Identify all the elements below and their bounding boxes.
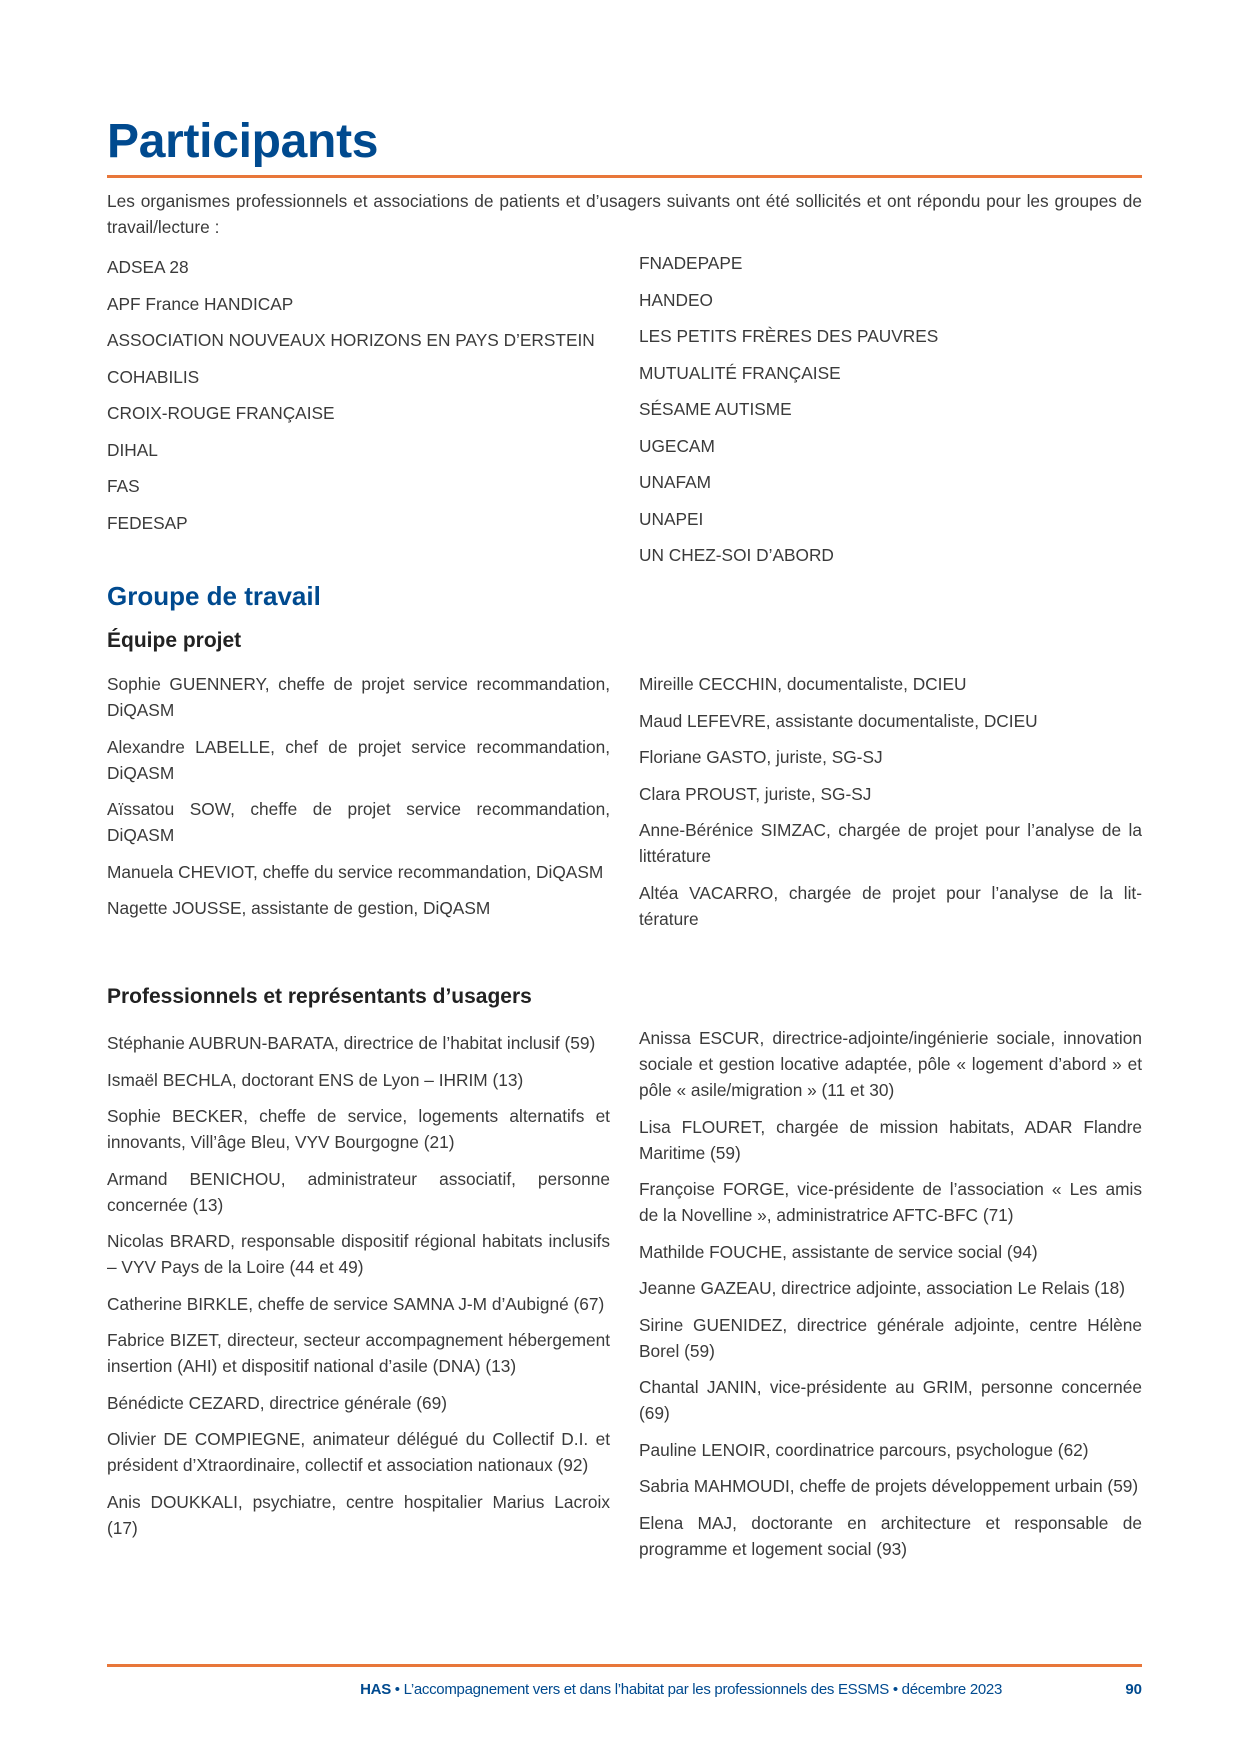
page-number: 90 bbox=[1125, 1681, 1142, 1698]
organisation-item: FAS bbox=[107, 473, 610, 499]
participant-item: Pauline LENOIR, coordinatrice parcours, … bbox=[639, 1437, 1142, 1463]
participant-item: Bénédicte CEZARD, directrice générale (6… bbox=[107, 1390, 610, 1416]
participant-item: Sirine GUENIDEZ, directrice générale adj… bbox=[639, 1312, 1142, 1364]
participant-item: Françoise FORGE, vice-présidente de l’as… bbox=[639, 1176, 1142, 1228]
organisation-item: APF France HANDICAP bbox=[107, 291, 610, 317]
participant-item: Sophie GUENNERY, cheffe de projet servic… bbox=[107, 671, 610, 723]
organisation-item: UN CHEZ-SOI D’ABORD bbox=[639, 542, 1142, 568]
participant-item: Mireille CECCHIN, documentaliste, DCIEU bbox=[639, 671, 1142, 697]
participant-item: Anissa ESCUR, directrice-adjointe/ingéni… bbox=[639, 1025, 1142, 1103]
participant-item: Clara PROUST, juriste, SG-SJ bbox=[639, 781, 1142, 807]
footer-doc-title: L’accompagnement vers et dans l’habitat … bbox=[404, 1681, 889, 1698]
footer-divider bbox=[107, 1664, 1142, 1667]
footer-text: HAS • L’accompagnement vers et dans l’ha… bbox=[360, 1681, 1002, 1698]
organisation-item: LES PETITS FRÈRES DES PAUVRES bbox=[639, 323, 1142, 349]
organisations-list-right: FNADEPAPEHANDEOLES PETITS FRÈRES DES PAU… bbox=[639, 250, 1142, 579]
organisation-item: UNAPEI bbox=[639, 506, 1142, 532]
participant-item: Ismaël BECHLA, doctorant ENS de Lyon – I… bbox=[107, 1067, 610, 1093]
participant-item: Nagette JOUSSE, assistante de gestion, D… bbox=[107, 895, 610, 921]
organisation-item: MUTUALITÉ FRANÇAISE bbox=[639, 360, 1142, 386]
organisation-item: DIHAL bbox=[107, 437, 610, 463]
participant-item: Aïssatou SOW, cheffe de projet service r… bbox=[107, 796, 610, 848]
footer-separator: • bbox=[391, 1681, 404, 1698]
participant-item: Mathilde FOUCHE, assistante de service s… bbox=[639, 1239, 1142, 1265]
equipe-projet-list-right: Mireille CECCHIN, documentaliste, DCIEUM… bbox=[639, 671, 1142, 942]
organisation-item: UNAFAM bbox=[639, 469, 1142, 495]
organisations-list-left: ADSEA 28APF France HANDICAPASSOCIATION N… bbox=[107, 254, 610, 546]
equipe-projet-list-left: Sophie GUENNERY, cheffe de projet servic… bbox=[107, 671, 610, 932]
participant-item: Elena MAJ, doctorante en architecture et… bbox=[639, 1510, 1142, 1562]
organisation-item: HANDEO bbox=[639, 287, 1142, 313]
organisation-item: ADSEA 28 bbox=[107, 254, 610, 280]
organisation-item: UGECAM bbox=[639, 433, 1142, 459]
organisation-item: SÉSAME AUTISME bbox=[639, 396, 1142, 422]
participant-item: Nicolas BRARD, responsable dispositif ré… bbox=[107, 1228, 610, 1280]
participant-item: Stéphanie AUBRUN-BARATA, directrice de l… bbox=[107, 1030, 610, 1056]
organisation-item: ASSOCIATION NOUVEAUX HORIZONS EN PAYS D’… bbox=[107, 327, 610, 353]
professionnels-list-left: Stéphanie AUBRUN-BARATA, directrice de l… bbox=[107, 1030, 610, 1551]
participant-item: Jeanne GAZEAU, directrice adjointe, asso… bbox=[639, 1275, 1142, 1301]
organisation-item: COHABILIS bbox=[107, 364, 610, 390]
organisation-item: FEDESAP bbox=[107, 510, 610, 536]
participant-item: Altéa VACARRO, chargée de projet pour l’… bbox=[639, 880, 1142, 932]
subsection-heading-professionnels: Professionnels et représentants d’usager… bbox=[107, 986, 532, 1007]
participant-item: Anne-Bérénice SIMZAC, chargée de projet … bbox=[639, 817, 1142, 869]
participant-item: Sabria MAHMOUDI, cheffe de projets dével… bbox=[639, 1473, 1142, 1499]
organisation-item: CROIX-ROUGE FRANÇAISE bbox=[107, 400, 610, 426]
participant-item: Chantal JANIN, vice-présidente au GRIM, … bbox=[639, 1374, 1142, 1426]
participant-item: Armand BENICHOU, administrateur associat… bbox=[107, 1166, 610, 1218]
participant-item: Sophie BECKER, cheffe de service, logeme… bbox=[107, 1103, 610, 1155]
footer-date: décembre 2023 bbox=[902, 1681, 1002, 1698]
participant-item: Lisa FLOURET, chargée de mission habitat… bbox=[639, 1114, 1142, 1166]
participant-item: Floriane GASTO, juriste, SG-SJ bbox=[639, 744, 1142, 770]
subsection-heading-equipe-projet: Équipe projet bbox=[107, 630, 241, 651]
section-heading-groupe-de-travail: Groupe de travail bbox=[107, 583, 321, 609]
title-divider bbox=[107, 175, 1142, 178]
participant-item: Catherine BIRKLE, cheffe de service SAMN… bbox=[107, 1291, 610, 1317]
participant-item: Manuela CHEVIOT, cheffe du service recom… bbox=[107, 859, 610, 885]
participant-item: Olivier DE COMPIEGNE, animateur délégué … bbox=[107, 1426, 610, 1478]
footer-org: HAS bbox=[360, 1681, 391, 1698]
intro-paragraph: Les organismes professionnels et associa… bbox=[107, 188, 1142, 240]
participant-item: Anis DOUKKALI, psychiatre, centre hospit… bbox=[107, 1489, 610, 1541]
participant-item: Maud LEFEVRE, assistante documentaliste,… bbox=[639, 708, 1142, 734]
footer-separator: • bbox=[889, 1681, 902, 1698]
professionnels-list-right: Anissa ESCUR, directrice-adjointe/ingéni… bbox=[639, 1025, 1142, 1572]
organisation-item: FNADEPAPE bbox=[639, 250, 1142, 276]
page-title: Participants bbox=[107, 118, 378, 166]
participant-item: Alexandre LABELLE, chef de projet servic… bbox=[107, 734, 610, 786]
participant-item: Fabrice BIZET, directeur, secteur accomp… bbox=[107, 1327, 610, 1379]
